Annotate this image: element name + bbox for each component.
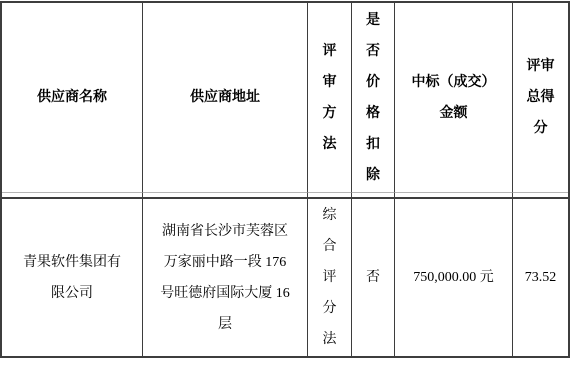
- header-cell-supplier-address: 供应商地址: [143, 3, 308, 193]
- cell-award-amount: 750,000.00 元: [395, 199, 513, 356]
- header-cell-supplier-name: 供应商名称: [2, 3, 143, 193]
- header-cell-price-deduction: 是 否 价 格 扣 除: [352, 3, 395, 193]
- award-result-table: 供应商名称 供应商地址 评 审 方 法 是 否 价 格 扣 除 中标（成交） 金…: [0, 1, 570, 358]
- header-cell-review-method: 评 审 方 法: [308, 3, 352, 193]
- cell-total-score: 73.52: [513, 199, 568, 356]
- cell-supplier-name: 青果软件集团有 限公司: [2, 199, 143, 356]
- cell-price-deduction: 否: [352, 199, 395, 356]
- document-page: 供应商名称 供应商地址 评 审 方 法 是 否 价 格 扣 除 中标（成交） 金…: [0, 0, 570, 366]
- header-cell-award-amount: 中标（成交） 金额: [395, 3, 513, 193]
- header-cell-total-score: 评审 总得 分: [513, 3, 568, 193]
- cell-supplier-address: 湖南省长沙市芙蓉区 万家丽中路一段 176 号旺德府国际大厦 16 层: [143, 199, 308, 356]
- cell-review-method: 综 合 评 分 法: [308, 199, 352, 356]
